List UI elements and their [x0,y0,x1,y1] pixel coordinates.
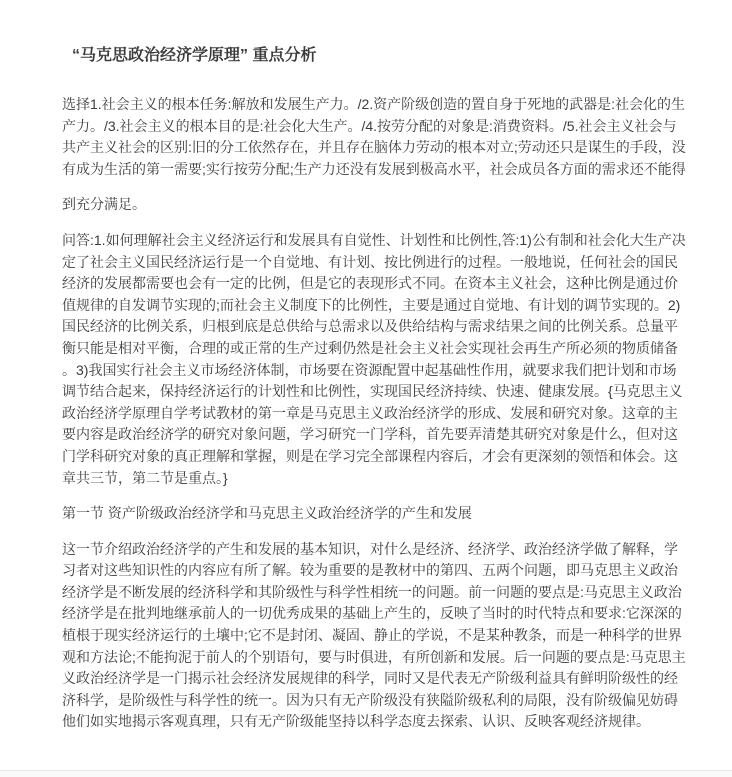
paragraph-continuation: 到充分满足。 [62,194,690,216]
page-bottom-divider [0,770,732,777]
document-title: “马克思政治经济学原理” 重点分析 [62,44,690,68]
document-body: 选择1.社会主义的根本任务:解放和发展生产力。/2.资产阶级创造的置自身于死地的… [62,94,690,733]
paragraph-multiple-choice-points: 选择1.社会主义的根本任务:解放和发展生产力。/2.资产阶级创造的置自身于死地的… [62,94,690,180]
paragraph-section-1-summary: 这一节介绍政治经济学的产生和发展的基本知识，对什么是经济、经济学、政治经济学做了… [62,539,690,733]
section-1-heading: 第一节 资产阶级政治经济学和马克思主义政治经济学的产生和发展 [62,503,690,525]
paragraph-question-answer: 问答:1.如何理解社会主义经济运行和发展具有自觉性、计划性和比例性,答:1)公有… [62,230,690,489]
document-page: “马克思政治经济学原理” 重点分析 选择1.社会主义的根本任务:解放和发展生产力… [0,0,732,777]
